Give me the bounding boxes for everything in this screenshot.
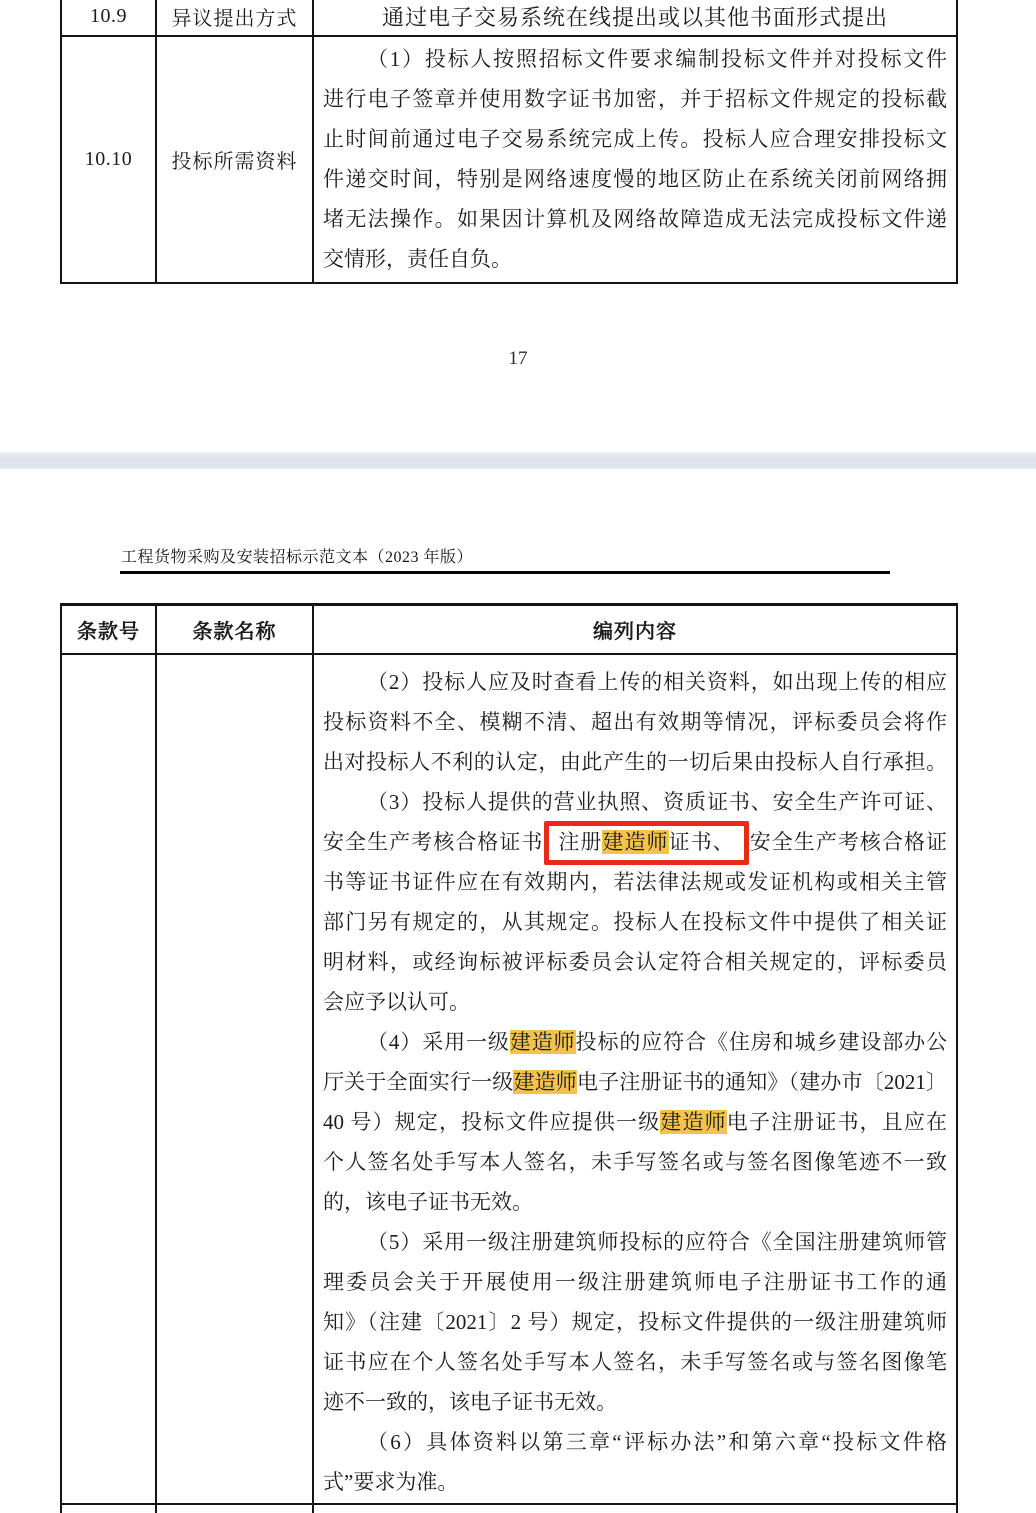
text-segment: 堵无法操作。如果因计算机及网络故障造成无法完成投标文件递 (323, 207, 947, 231)
text-line: 堵无法操作。如果因计算机及网络故障造成无法完成投标文件递 (323, 199, 947, 239)
text-segment: 证书、 (669, 830, 735, 854)
table-row: 10.10 投标所需资料 （1）投标人按照招标文件要求编制投标文件并对投标文件进… (62, 37, 956, 282)
clause-content-cell: （2）投标人应及时查看上传的相关资料，如出现上传的相应投标资料不全、模糊不清、超… (312, 655, 956, 1503)
text-segment: （2）投标人应及时查看上传的相关资料，如出现上传的相应 (367, 670, 947, 694)
clause-content-cell: （1）投标人按照招标文件要求编制投标文件并对投标文件进行电子签章并使用数字证书加… (312, 37, 956, 282)
document-viewer: 10.9 异议提出方式 通过电子交易系统在线提出或以其他书面形式提出 10.10… (0, 0, 1036, 1513)
page-number: 17 (0, 348, 1036, 370)
text-segment: 40 号）规定，投标文件应提供一级 (323, 1110, 660, 1134)
annotation-red-box: 注册建造师证书、 (544, 821, 748, 865)
header-rule (120, 571, 890, 574)
text-line: 出对投标人不利的认定，由此产生的一切后果由投标人自行承担。 (323, 742, 947, 782)
text-line: 个人签名处手写本人签名，未手写签名或与签名图像笔迹不一致 (323, 1142, 947, 1182)
text-segment: 理委员会关于开展使用一级注册建筑师电子注册证书工作的通 (323, 1270, 947, 1294)
text-segment: 安全生产考核合格证书 (323, 830, 543, 854)
text-segment: 电子注册证书，且应在 (727, 1110, 947, 1134)
clause-number-cell-empty (62, 1505, 155, 1513)
text-segment: 止时间前通过电子交易系统完成上传。投标人应合理安排投标文 (323, 127, 947, 151)
text-line: 迹不一致的，该电子证书无效。 (323, 1382, 947, 1422)
text-line: 止时间前通过电子交易系统完成上传。投标人应合理安排投标文 (323, 119, 947, 159)
text-line: 书等证书证件应在有效期内，若法律法规或发证机构或相关主管 (323, 862, 947, 902)
clause-table-page18: 条款号 条款名称 编列内容 （2）投标人应及时查看上传的相关资料，如出现上传的相… (60, 603, 958, 1513)
text-line: （5）采用一级注册建筑师投标的应符合《全国注册建筑师管 (323, 1222, 947, 1262)
text-segment: 式”要求为准。 (323, 1470, 458, 1494)
text-line: 知》（注建〔2021〕2 号）规定，投标文件提供的一级注册建筑师 (323, 1302, 947, 1342)
text-segment: 部门另有规定的，从其规定。投标人在投标文件中提供了相关证 (323, 910, 947, 934)
text-line: （6）具体资料以第三章“评标办法”和第六章“投标文件格 (323, 1422, 947, 1462)
text-line: 厅关于全面实行一级建造师电子注册证书的通知》（建办市〔2021〕 (323, 1062, 947, 1102)
table-row: （2）投标人应及时查看上传的相关资料，如出现上传的相应投标资料不全、模糊不清、超… (62, 655, 956, 1505)
text-segment: 证书应在个人签名处手写本人签名，未手写签名或与签名图像笔 (323, 1350, 947, 1374)
text-segment: 厅关于全面实行一级 (323, 1070, 513, 1094)
text-segment: （5）采用一级注册建筑师投标的应符合《全国注册建筑师管 (367, 1230, 947, 1254)
text-line: 安全生产考核合格证书注册建造师证书、安全生产考核合格证 (323, 822, 947, 862)
clause-name-cell-empty (155, 1505, 312, 1513)
clause-name-cell: 异议提出方式 (155, 0, 312, 35)
table-header-row: 条款号 条款名称 编列内容 (62, 606, 956, 655)
text-line: 部门另有规定的，从其规定。投标人在投标文件中提供了相关证 (323, 902, 947, 942)
text-segment: 投标的应符合《住房和城乡建设部办公 (576, 1030, 947, 1054)
text-line: 会应予以认可。 (323, 982, 947, 1022)
text-line: 交情形，责任自负。 (323, 239, 947, 279)
highlight-text: 建造师 (660, 1110, 726, 1134)
clause-table-page17: 10.9 异议提出方式 通过电子交易系统在线提出或以其他书面形式提出 10.10… (60, 0, 958, 284)
text-segment: 电子注册证书的通知》（建办市〔2021〕 (577, 1070, 947, 1094)
text-line: 件递交时间，特别是网络速度慢的地区防止在系统关闭前网络拥 (323, 159, 947, 199)
text-segment: （1）投标人按照招标文件要求编制投标文件并对投标文件 (367, 47, 947, 71)
text-line: （4）采用一级建造师投标的应符合《住房和城乡建设部办公 (323, 1022, 947, 1062)
text-segment: 进行电子签章并使用数字证书加密，并于招标文件规定的投标截 (323, 87, 947, 111)
text-segment: （3）投标人提供的营业执照、资质证书、安全生产许可证、 (367, 790, 947, 814)
page-separator (0, 452, 1036, 469)
column-header-content: 编列内容 (312, 606, 956, 653)
text-segment: 书等证书证件应在有效期内，若法律法规或发证机构或相关主管 (323, 870, 947, 894)
highlight-text: 建造师 (510, 1030, 576, 1054)
text-segment: 注册 (558, 830, 602, 854)
text-segment: 安全生产考核合格证 (750, 830, 947, 854)
text-segment: 出对投标人不利的认定，由此产生的一切后果由投标人自行承担。 (323, 750, 947, 774)
column-header-clause-name: 条款名称 (155, 606, 312, 653)
clause-content-cell-empty (312, 1505, 956, 1513)
clause-content-cell: 通过电子交易系统在线提出或以其他书面形式提出 (312, 0, 956, 35)
highlight-text: 建造师 (513, 1070, 576, 1094)
text-line: 投标资料不全、模糊不清、超出有效期等情况，评标委员会将作 (323, 702, 947, 742)
clause-number-cell: 10.10 (62, 37, 155, 282)
text-segment: 个人签名处手写本人签名，未手写签名或与签名图像笔迹不一致 (323, 1150, 947, 1174)
text-line: 的，该电子证书无效。 (323, 1182, 947, 1222)
text-segment: 明材料，或经询标被评标委员会认定符合相关规定的，评标委员 (323, 950, 947, 974)
running-header: 工程货物采购及安装招标示范文本（2023 年版） (121, 544, 473, 567)
table-row: 10.9 异议提出方式 通过电子交易系统在线提出或以其他书面形式提出 (62, 0, 956, 37)
text-line: 证书应在个人签名处手写本人签名，未手写签名或与签名图像笔 (323, 1342, 947, 1382)
table-row-partial (62, 1505, 956, 1513)
clause-number-cell-empty (62, 655, 155, 1503)
text-segment: （6）具体资料以第三章“评标办法”和第六章“投标文件格 (367, 1430, 947, 1454)
text-segment: 的，该电子证书无效。 (323, 1190, 533, 1214)
text-line: 明材料，或经询标被评标委员会认定符合相关规定的，评标委员 (323, 942, 947, 982)
text-segment: 会应予以认可。 (323, 990, 470, 1014)
clause-name-cell-empty (155, 655, 312, 1503)
column-header-clause-no: 条款号 (62, 606, 155, 653)
clause-name-cell: 投标所需资料 (155, 37, 312, 282)
text-segment: 知》（注建〔2021〕2 号）规定，投标文件提供的一级注册建筑师 (323, 1310, 947, 1334)
text-line: （2）投标人应及时查看上传的相关资料，如出现上传的相应 (323, 662, 947, 702)
text-segment: （4）采用一级 (367, 1030, 510, 1054)
text-line: 进行电子签章并使用数字证书加密，并于招标文件规定的投标截 (323, 79, 947, 119)
clause-number-cell: 10.9 (62, 0, 155, 35)
text-line: （3）投标人提供的营业执照、资质证书、安全生产许可证、 (323, 782, 947, 822)
text-line: 理委员会关于开展使用一级注册建筑师电子注册证书工作的通 (323, 1262, 947, 1302)
text-line: 式”要求为准。 (323, 1462, 947, 1502)
text-segment: 投标资料不全、模糊不清、超出有效期等情况，评标委员会将作 (323, 710, 947, 734)
text-segment: 件递交时间，特别是网络速度慢的地区防止在系统关闭前网络拥 (323, 167, 947, 191)
text-segment: 迹不一致的，该电子证书无效。 (323, 1390, 617, 1414)
highlight-text: 建造师 (602, 830, 668, 854)
text-line: （1）投标人按照招标文件要求编制投标文件并对投标文件 (323, 39, 947, 79)
text-segment: 交情形，责任自负。 (323, 247, 512, 271)
text-line: 40 号）规定，投标文件应提供一级建造师电子注册证书，且应在 (323, 1102, 947, 1142)
